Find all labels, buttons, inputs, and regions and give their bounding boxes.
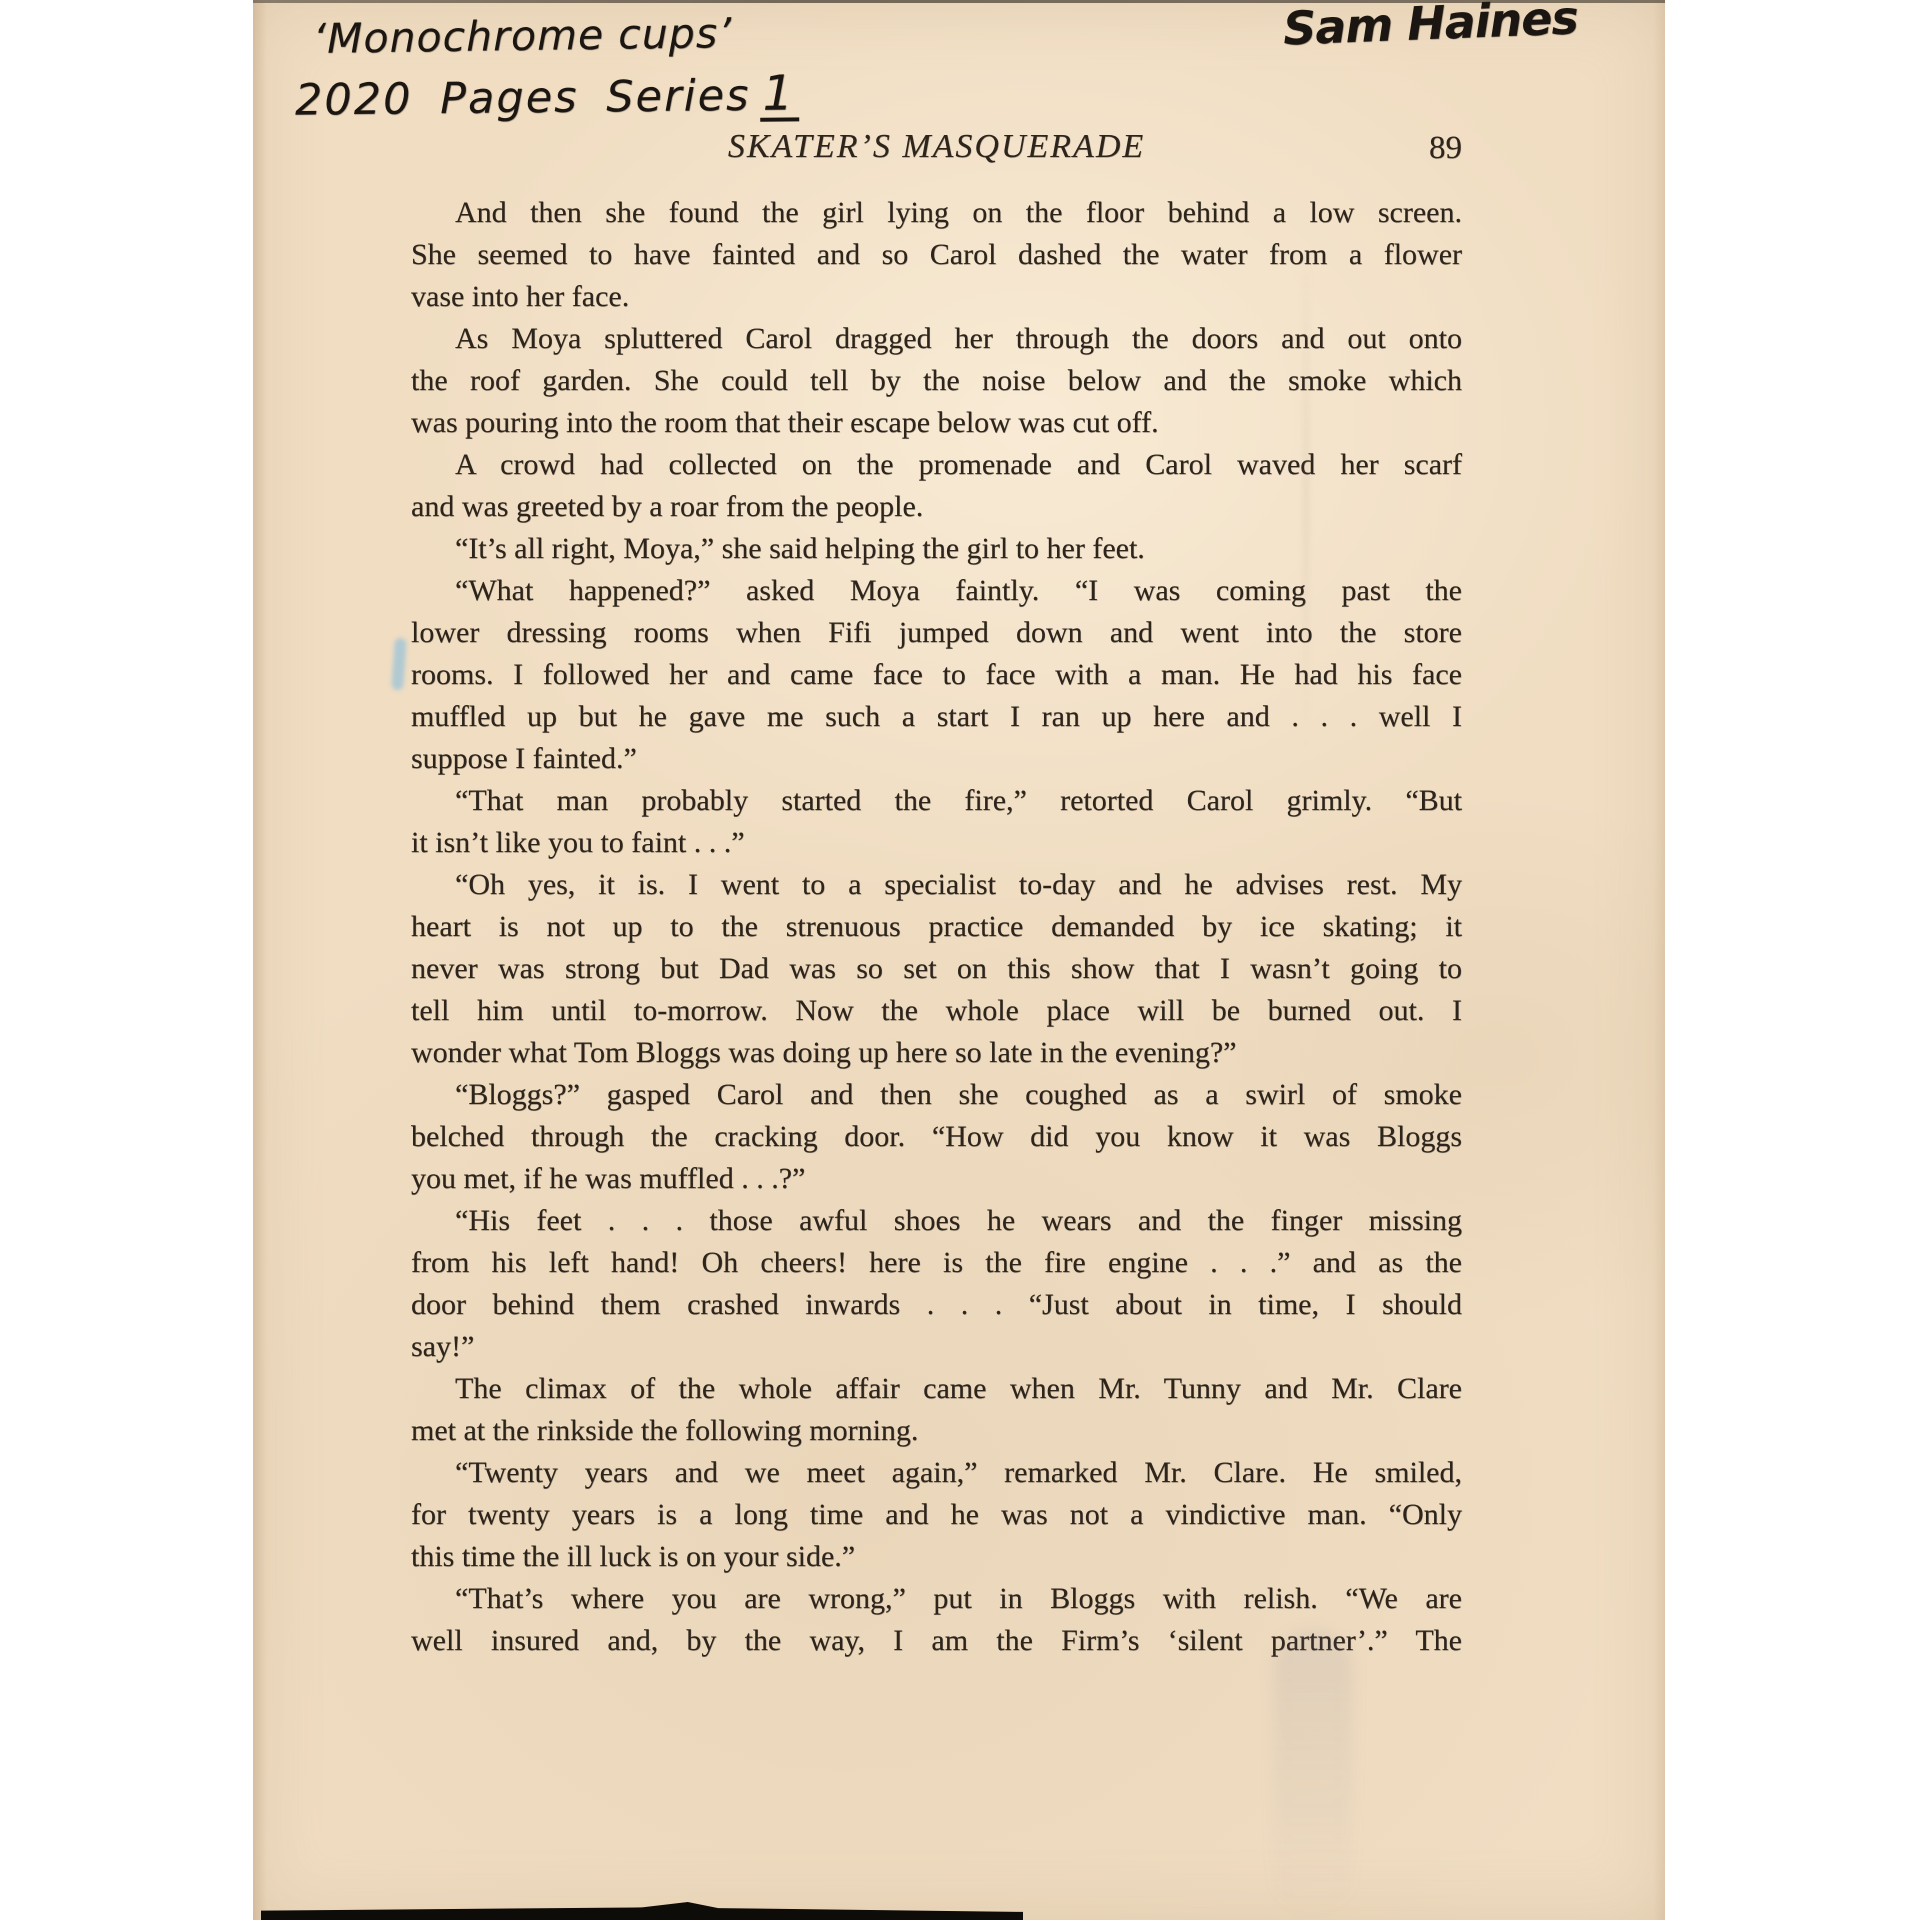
text-line: “Twenty years and we meet again,” remark…	[411, 1452, 1462, 1494]
text-line: for twenty years is a long time and he w…	[411, 1494, 1462, 1536]
text-line: And then she found the girl lying on the…	[411, 192, 1462, 234]
text-line: say!”	[411, 1326, 1462, 1368]
handwritten-series-line: 2020 Pages Series1	[295, 69, 800, 126]
running-head: SKATER’S MASQUERADE 89	[411, 128, 1462, 176]
paragraph: “Bloggs?” gasped Carol and then she coug…	[411, 1074, 1462, 1200]
paragraph: “That man probably started the fire,” re…	[411, 780, 1462, 864]
handwritten-series-number: 1	[760, 69, 799, 122]
paragraph: “Twenty years and we meet again,” remark…	[411, 1452, 1462, 1578]
text-line: “That man probably started the fire,” re…	[411, 780, 1462, 822]
text-line: met at the rinkside the following mornin…	[411, 1410, 1462, 1452]
scan-canvas: { "annotations": { "title_line": "‘Monoc…	[0, 0, 1920, 1920]
blue-ink-mark	[391, 638, 407, 691]
paragraph: The climax of the whole affair came when…	[411, 1368, 1462, 1452]
handwritten-series-text: 2020 Pages Series	[295, 71, 751, 126]
scan-bottom-edge	[261, 1902, 1023, 1920]
text-line: “His feet . . . those awful shoes he wea…	[411, 1200, 1462, 1242]
handwritten-signature: Sam Haines	[1282, 0, 1579, 56]
page-number: 89	[1429, 130, 1462, 167]
text-line: door behind them crashed inwards . . . “…	[411, 1284, 1462, 1326]
text-line: “Bloggs?” gasped Carol and then she coug…	[411, 1074, 1462, 1116]
pencil-smudge	[1273, 1630, 1353, 1920]
text-line: “That’s where you are wrong,” put in Blo…	[411, 1578, 1462, 1620]
handwritten-artwork-title: ‘Monochrome cups’	[313, 9, 733, 63]
text-line: The climax of the whole affair came when…	[411, 1368, 1462, 1410]
text-line: from his left hand! Oh cheers! here is t…	[411, 1242, 1462, 1284]
text-line: “Oh yes, it is. I went to a specialist t…	[411, 864, 1462, 906]
chapter-title: SKATER’S MASQUERADE	[728, 128, 1145, 165]
text-line: never was strong but Dad was so set on t…	[411, 948, 1462, 990]
text-line: it isn’t like you to faint . . .”	[411, 822, 1462, 864]
book-page: ‘Monochrome cups’ 2020 Pages Series1 Sam…	[253, 0, 1665, 1920]
paragraph: “His feet . . . those awful shoes he wea…	[411, 1200, 1462, 1368]
text-line: heart is not up to the strenuous practic…	[411, 906, 1462, 948]
text-line: tell him until to-morrow. Now the whole …	[411, 990, 1462, 1032]
paper-crease	[1303, 230, 1309, 750]
text-line: wonder what Tom Bloggs was doing up here…	[411, 1032, 1462, 1074]
text-line: this time the ill luck is on your side.”	[411, 1536, 1462, 1578]
text-line: you met, if he was muffled . . .?”	[411, 1158, 1462, 1200]
text-line: belched through the cracking door. “How …	[411, 1116, 1462, 1158]
paragraph: “Oh yes, it is. I went to a specialist t…	[411, 864, 1462, 1074]
